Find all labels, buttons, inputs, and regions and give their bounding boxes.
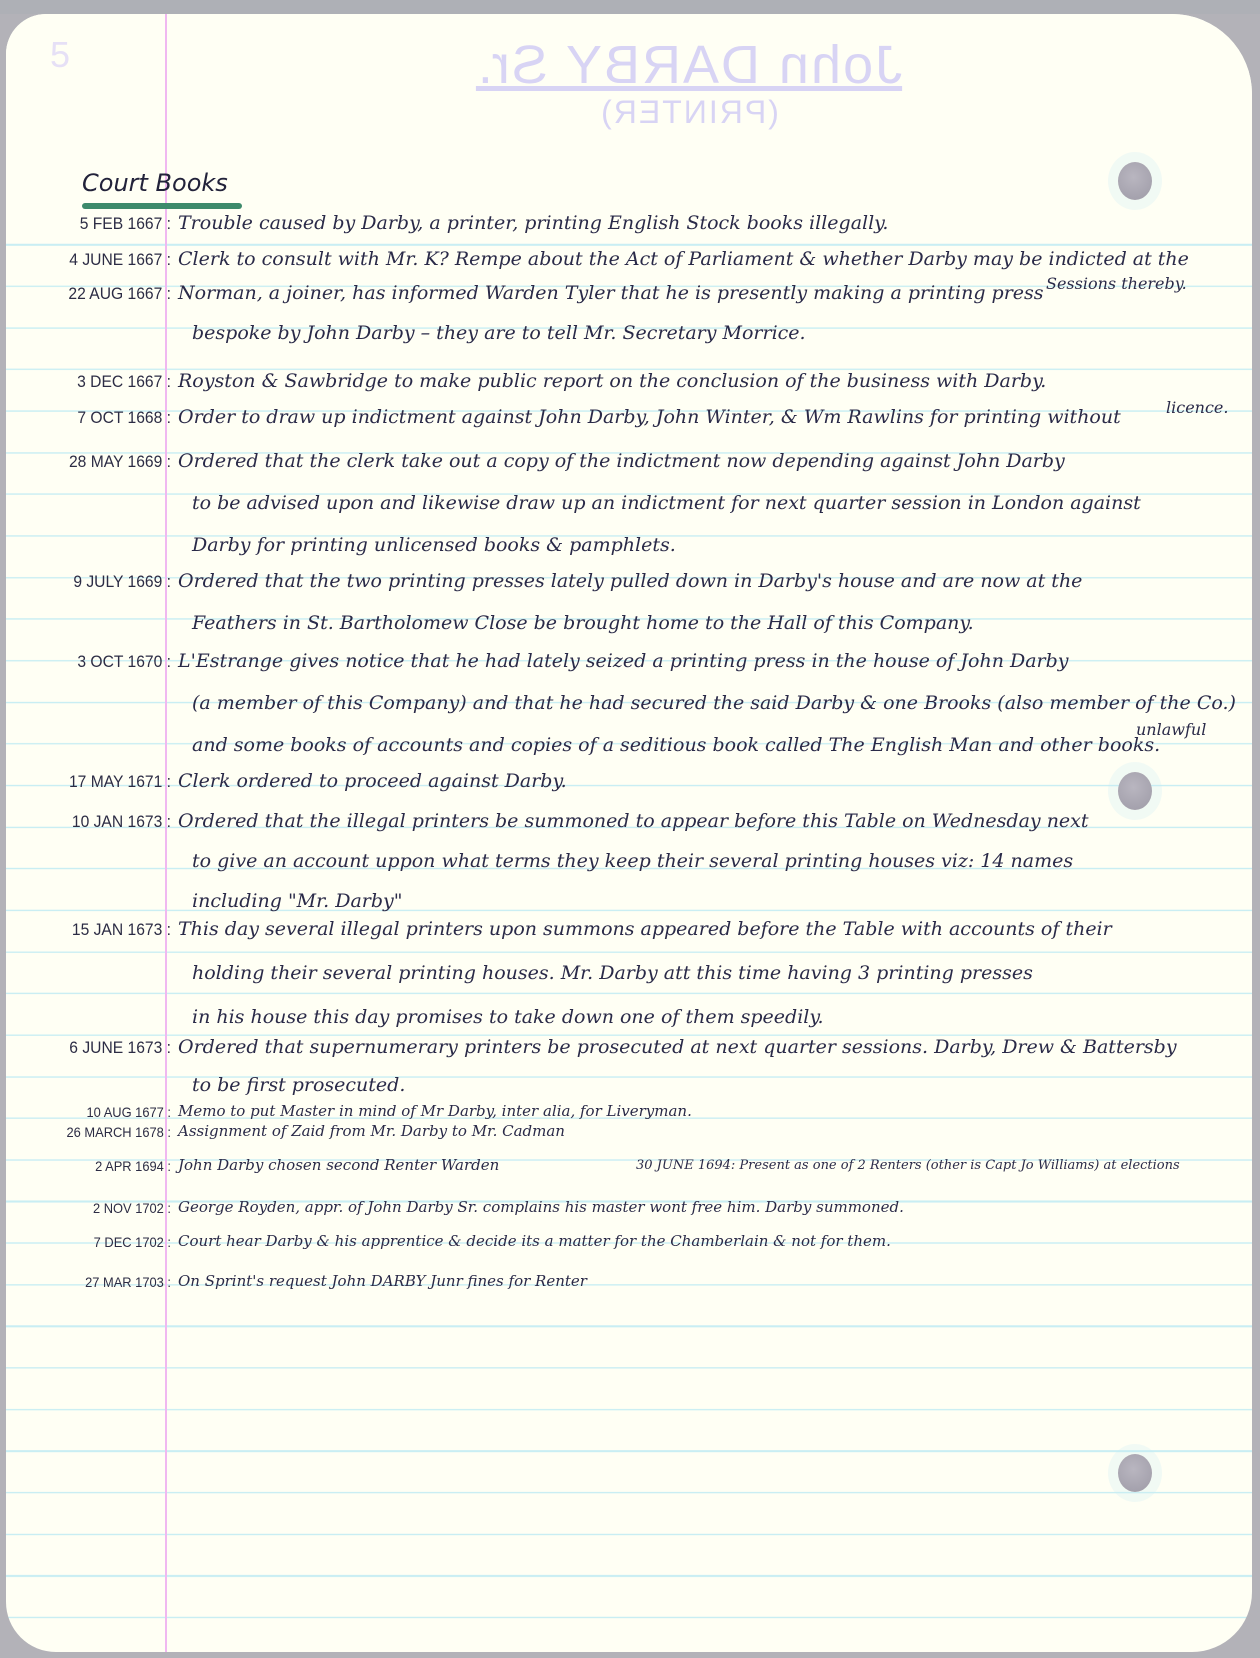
punch-hole-icon	[1118, 1454, 1152, 1492]
show-through-title: John DARBY Sr.	[66, 34, 1252, 96]
entry-text-line: Order to draw up indictment against John…	[178, 406, 1121, 428]
entry-text-line: bespoke by John Darby – they are to tell…	[192, 322, 806, 344]
entry-text-line: Ordered that the two printing presses la…	[178, 570, 1082, 592]
entry-text-line: George Royden, appr. of John Darby Sr. c…	[178, 1198, 904, 1216]
entry-date: 6 JUNE 1673 :	[19, 1038, 171, 1058]
scanner-edge	[0, 0, 1260, 14]
entry-text-line: Darby for printing unlicensed books & pa…	[192, 534, 676, 556]
entry-date: 10 AUG 1677 :	[19, 1104, 171, 1120]
entry-text-line: Royston & Sawbridge to make public repor…	[178, 370, 1046, 392]
entry-text-line: Assignment of Zaid from Mr. Darby to Mr.…	[178, 1122, 565, 1140]
entry-date: 7 OCT 1668 :	[19, 408, 171, 428]
entry-date: 26 MARCH 1678 :	[19, 1124, 171, 1140]
page-heading: Court Books	[82, 169, 228, 197]
entry-insert-note: unlawful	[1136, 720, 1206, 739]
entry-date: 27 MAR 1703 :	[19, 1274, 171, 1290]
entry-text-line: On Sprint's request John DARBY Junr fine…	[178, 1272, 587, 1290]
entry-date: 2 NOV 1702 :	[19, 1200, 171, 1216]
entry-insert-note: Sessions thereby.	[1046, 274, 1187, 293]
punch-hole-icon	[1118, 772, 1152, 810]
entry-text-line: Norman, a joiner, has informed Warden Ty…	[178, 282, 1044, 304]
entry-date: 28 MAY 1669 :	[19, 452, 171, 472]
entry-date: 7 DEC 1702 :	[19, 1234, 171, 1250]
entry-insert-note: licence.	[1166, 398, 1228, 417]
entry-date: 3 DEC 1667 :	[19, 372, 171, 392]
entry-text-line: in his house this day promises to take d…	[192, 1006, 824, 1028]
entry-text-line: including "Mr. Darby"	[192, 890, 403, 912]
entry-text-line: Ordered that supernumerary printers be p…	[178, 1036, 1177, 1058]
entry-side-note: 30 JUNE 1694: Present as one of 2 Renter…	[636, 1158, 1180, 1173]
entry-text-line: Trouble caused by Darby, a printer, prin…	[178, 212, 888, 234]
entry-date: 4 JUNE 1667 :	[19, 250, 171, 270]
entry-text-line: to be first prosecuted.	[192, 1074, 405, 1096]
entry-text-line: holding their several printing houses. M…	[192, 962, 1033, 984]
entry-date: 17 MAY 1671 :	[19, 772, 171, 792]
entry-date: 10 JAN 1673 :	[19, 812, 171, 832]
entry-text-line: This day several illegal printers upon s…	[178, 918, 1112, 940]
entry-text-line: L'Estrange gives notice that he had late…	[178, 650, 1069, 672]
entry-text-line: John Darby chosen second Renter Warden	[178, 1156, 499, 1174]
entry-text-line: to give an account uppon what terms they…	[192, 850, 1073, 872]
entry-text-line: Court hear Darby & his apprentice & deci…	[178, 1232, 891, 1250]
entry-date: 3 OCT 1670 :	[19, 652, 171, 672]
entry-text-line: Feathers in St. Bartholomew Close be bro…	[192, 612, 974, 634]
entry-text-line: Memo to put Master in mind of Mr Darby, …	[178, 1102, 692, 1120]
entry-text-line: (a member of this Company) and that he h…	[192, 692, 1236, 714]
entry-text-line: Clerk ordered to proceed against Darby.	[178, 770, 567, 792]
punch-hole-icon	[1118, 162, 1152, 200]
entry-text-line: Clerk to consult with Mr. K? Rempe about…	[178, 248, 1189, 270]
entry-date: 15 JAN 1673 :	[19, 920, 171, 940]
entry-date: 2 APR 1694 :	[19, 1158, 171, 1174]
entry-date: 22 AUG 1667 :	[19, 284, 171, 304]
heading-highlight	[82, 203, 242, 209]
show-through-subtitle: (PRINTER)	[66, 94, 1252, 131]
notebook-page: 5 John DARBY Sr. (PRINTER) Court Books 5…	[6, 14, 1252, 1652]
entry-text-line: Ordered that the clerk take out a copy o…	[178, 450, 1065, 472]
entry-text-line: Ordered that the illegal printers be sum…	[178, 810, 1089, 832]
entry-text-line: to be advised upon and likewise draw up …	[192, 492, 1141, 514]
entry-date: 5 FEB 1667 :	[19, 214, 171, 234]
entry-date: 9 JULY 1669 :	[19, 572, 171, 592]
entry-text-line: and some books of accounts and copies of…	[192, 734, 1160, 756]
